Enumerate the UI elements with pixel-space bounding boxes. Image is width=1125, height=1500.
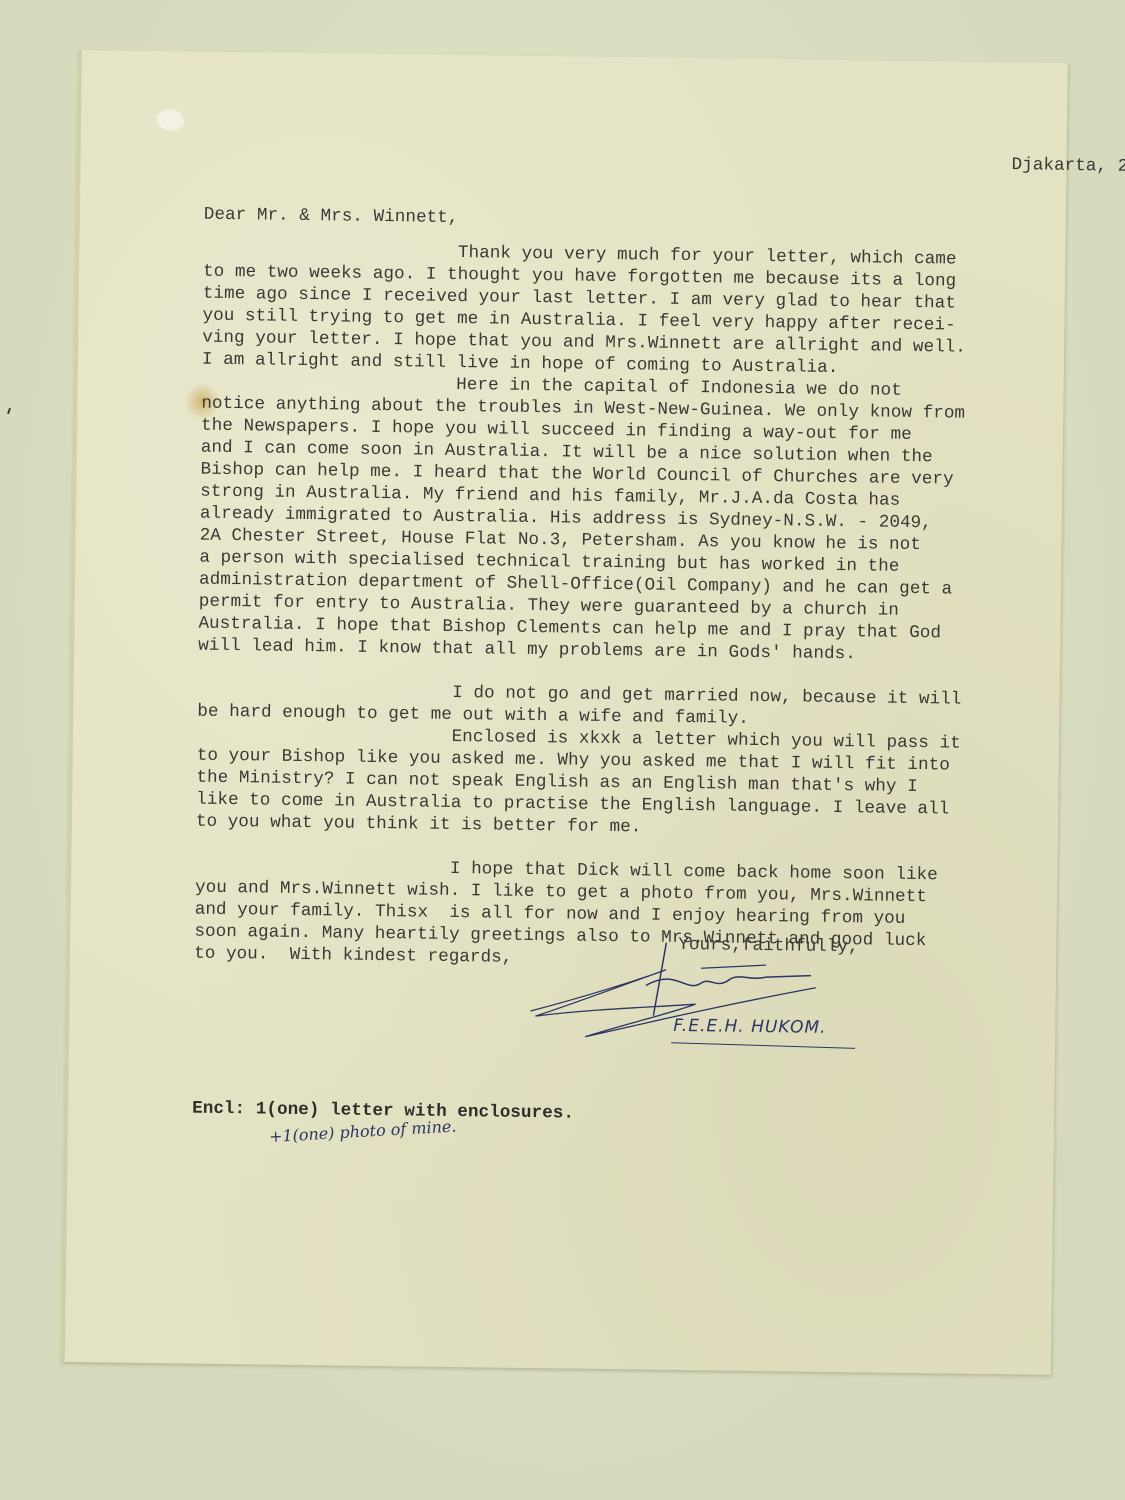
paper-tear <box>154 106 186 135</box>
paragraph: Enclosed is xkxk a letter which you will… <box>196 723 961 843</box>
paragraph: Thank you very much for your letter, whi… <box>202 239 967 381</box>
date-line: Djakarta, 20th June 1969. <box>1011 154 1125 180</box>
stray-mark <box>7 408 11 414</box>
paragraph: I do not go and get married now, because… <box>197 657 962 733</box>
paragraph: Here in the capital of Indonesia we do n… <box>198 371 965 667</box>
letter-body: Thank you very much for your letter, whi… <box>194 239 967 975</box>
letter-page: Djakarta, 20th June 1969. Dear Mr. & Mrs… <box>61 50 1068 1375</box>
salutation: Dear Mr. & Mrs. Winnett, <box>204 204 459 229</box>
printed-signatory-name: F.E.E.H. HUKOM. <box>673 1016 826 1038</box>
